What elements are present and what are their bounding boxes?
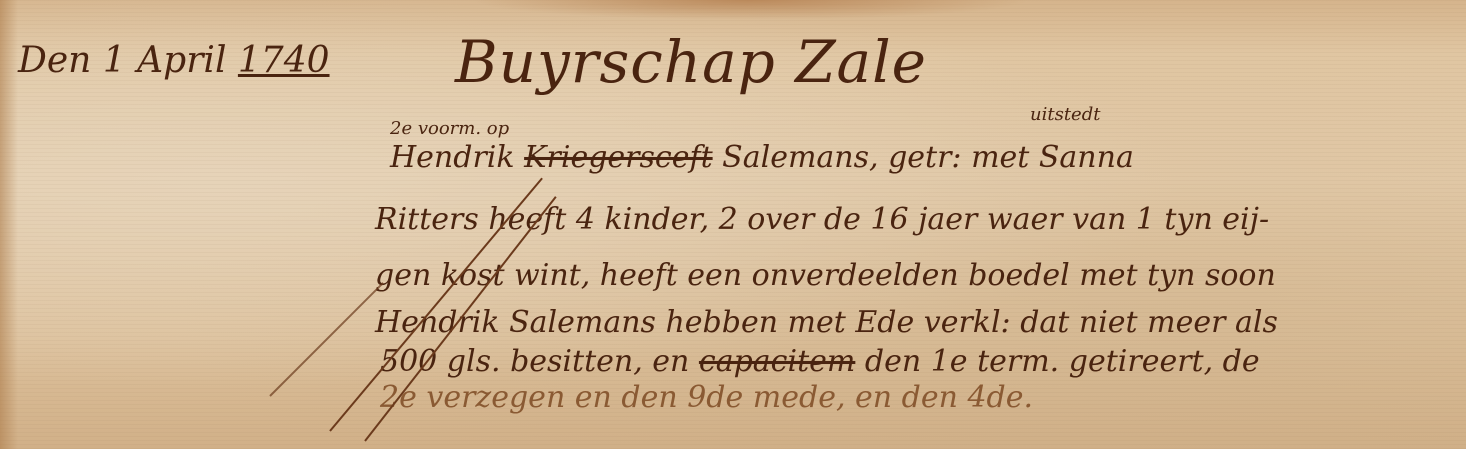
paper-edge [0, 0, 18, 449]
text-line-6: 2e verzegen en den 9de mede, en den 4de. [380, 380, 1033, 415]
text-line-4: Hendrik Salemans hebben met Ede verkl: d… [375, 305, 1278, 340]
text-line-3: gen kost wint, heeft een onverdeelden bo… [375, 258, 1276, 293]
insertion-right: uitstedt [1030, 104, 1100, 125]
manuscript-page: Den 1 April 1740 Buyrschap Zale 2e voorm… [0, 0, 1466, 449]
cancel-stroke [269, 282, 384, 397]
struck-word: capacitem [699, 344, 855, 379]
text-line-5: 500 gls. besitten, en capacitem den 1e t… [380, 344, 1260, 379]
text-line-2: Ritters heeft 4 kinder, 2 over de 16 jae… [375, 202, 1269, 237]
text-line-1: Hendrik Kriegersceft Salemans, getr: met… [390, 140, 1134, 175]
document-heading: Buyrschap Zale [455, 28, 927, 96]
paper-stain [470, 0, 1030, 20]
struck-word: Kriegersceft [524, 140, 713, 175]
insertion-left: 2e voorm. op [390, 118, 509, 139]
marginal-date: Den 1 April 1740 [18, 40, 330, 81]
